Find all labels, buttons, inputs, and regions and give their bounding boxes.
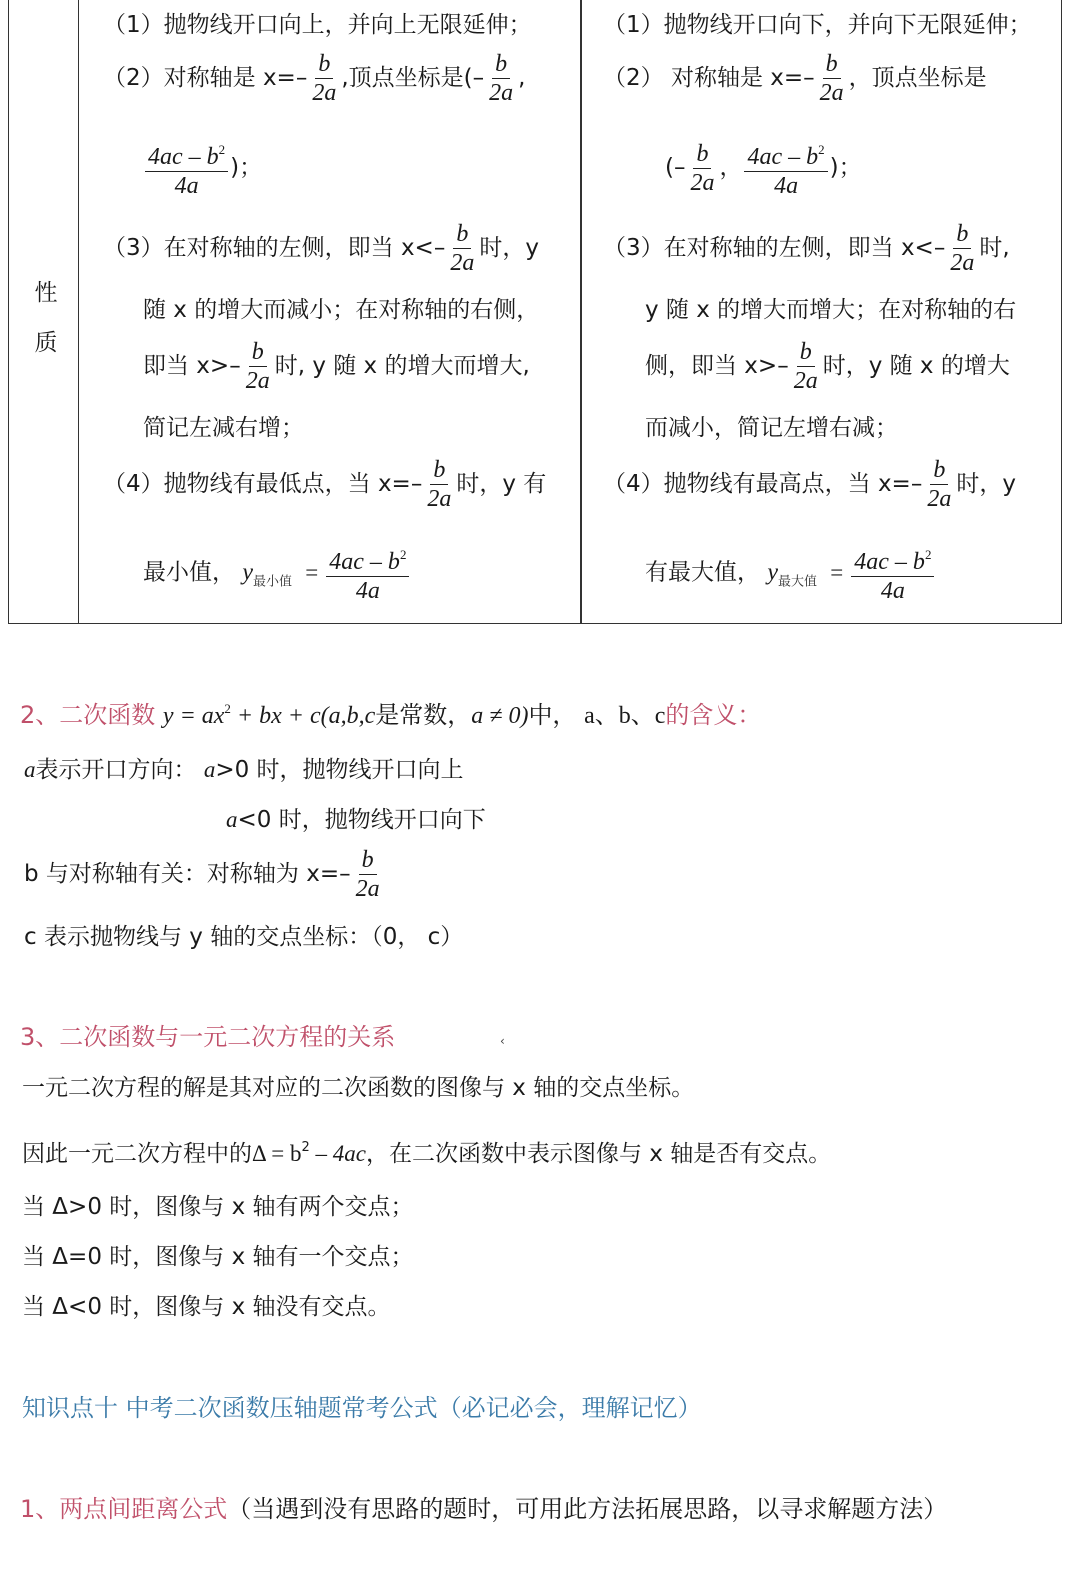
formula: y = ax [163, 703, 225, 729]
c-meaning-line: c 表示抛物线与 y 轴的交点坐标：（0， c） [24, 922, 463, 952]
numerator: b [359, 846, 377, 875]
up-item-1: （1）抛物线开口向上，并向上无限延伸； [103, 10, 532, 40]
section3-heading: 3、二次函数与一元二次方程的关系 [20, 1022, 395, 1052]
text: （4）抛物线有最低点，当 x=– [103, 471, 422, 497]
denominator: 2a [243, 367, 273, 395]
denominator: 2a [817, 79, 847, 107]
formula: + bx + c(a,b,c [231, 703, 375, 729]
text: ， [719, 155, 742, 181]
a-meaning-line2: a<0 时，抛物线开口向下 [226, 805, 486, 835]
heading-text: 2、二次函数 [20, 701, 155, 729]
up-item-4: （4）抛物线有最低点，当 x=–b2a时，y 有 [103, 456, 546, 513]
fraction-b-over-2a: b2a [243, 338, 273, 395]
fraction-vertex-y: 4ac – b24a [744, 136, 827, 200]
text: ，在二次函数中表示图像与 x 轴是否有交点。 [366, 1141, 831, 1167]
text: 时, [979, 235, 1009, 261]
row-label: 性 质 [33, 268, 59, 368]
formula-condition: a ≠ 0) [471, 703, 528, 729]
fraction-b-over-2a: b2a [447, 220, 477, 277]
text: )； [830, 155, 862, 181]
subscript: 最大值 [778, 575, 817, 590]
text: 因此一元二次方程中的 [22, 1141, 252, 1167]
section3-line1: 一元二次方程的解是其对应的二次函数的图像与 x 轴的交点坐标。 [22, 1073, 694, 1103]
var-a: a [204, 757, 216, 782]
fraction-b-over-2a: b2a [817, 50, 847, 107]
denominator: 4a [878, 577, 908, 605]
numerator: 4ac – b2 [326, 541, 409, 577]
down-item-3: （3）在对称轴的左侧，即当 x<–b2a时, [603, 220, 1010, 277]
text: （2）对称轴是 x=– [103, 65, 307, 91]
numerator: b [693, 140, 711, 169]
down-item-3-line3: 侧，即当 x>–b2a时，y 随 x 的增大 [645, 338, 1010, 395]
numerator: b [249, 338, 267, 367]
heading-text: 1、两点间距离公式 [20, 1495, 227, 1523]
denominator: 2a [791, 367, 821, 395]
fraction-b-over-2a: b2a [687, 140, 717, 197]
text: 中， [528, 701, 576, 729]
y-var: y [767, 560, 778, 586]
down-item-2: （2） 对称轴是 x=–b2a，顶点坐标是 [603, 50, 987, 107]
subscript: 最小值 [253, 575, 292, 590]
row-label-char: 质 [33, 318, 59, 368]
a-meaning-line1: a表示开口方向： a>0 时，抛物线开口向上 [24, 755, 464, 785]
fraction-b-over-2a: b2a [353, 846, 383, 903]
text: <0 时，抛物线开口向下 [238, 807, 486, 833]
superscript: 2 [925, 547, 932, 562]
stray-mark: ‹ [500, 1026, 505, 1056]
heading-note: （当遇到没有思路的题时，可用此方法拓展思路，以寻求解题方法） [227, 1495, 947, 1523]
text: 最小值， [143, 560, 235, 586]
equals: = [305, 560, 318, 585]
denominator: 2a [924, 485, 954, 513]
fraction-b-over-2a: b2a [486, 50, 516, 107]
text: （3）在对称轴的左侧，即当 x<– [603, 235, 945, 261]
discriminant-case: 当 Δ<0 时，图像与 x 轴没有交点。 [22, 1292, 391, 1322]
text: 4ac – b [854, 549, 925, 575]
numerator: 4ac – b2 [744, 136, 827, 172]
text: 即当 x>– [143, 353, 241, 379]
superscript: 2 [219, 142, 226, 157]
equals: = [830, 560, 843, 585]
text: 时，y [956, 471, 1016, 497]
denominator: 2a [687, 169, 717, 197]
var-a: a [226, 807, 238, 832]
text: , [518, 65, 525, 91]
superscript: 2 [818, 142, 825, 157]
text: 有最大值， [645, 560, 760, 586]
text: （4）抛物线有最高点，当 x=– [603, 471, 922, 497]
fraction-b-over-2a: b2a [791, 338, 821, 395]
text: )； [230, 155, 262, 181]
text: （2） 对称轴是 x=– [603, 65, 815, 91]
section2-heading: 2、二次函数 y = ax2 + bx + c(a,b,c是常数，a ≠ 0)中… [20, 694, 761, 731]
text: ，顶点坐标是 [849, 65, 987, 91]
superscript: 2 [400, 547, 407, 562]
numerator: 4ac – b2 [851, 541, 934, 577]
denominator: 2a [486, 79, 516, 107]
down-item-4: （4）抛物线有最高点，当 x=–b2a时，y [603, 456, 1016, 513]
b-meaning-line: b 与对称轴有关：对称轴为 x=–b2a [24, 846, 385, 903]
denominator: 4a [353, 577, 383, 605]
formula-text: 是常数， [375, 701, 471, 729]
properties-table: 性 质 （1）抛物线开口向上，并向上无限延伸； （2）对称轴是 x=–b2a,顶… [8, 0, 1062, 624]
text: (– [665, 155, 685, 181]
down-item-1: （1）抛物线开口向下，并向下无限延伸； [603, 10, 1032, 40]
numerator: b [797, 338, 815, 367]
discriminant-case: 当 Δ=0 时，图像与 x 轴有一个交点； [22, 1242, 414, 1272]
denominator: 4a [771, 172, 801, 200]
text: >0 时，抛物线开口向上 [215, 757, 463, 783]
numerator: b [823, 50, 841, 79]
text: 时, y 随 x 的增大而增大, [275, 353, 530, 379]
text: 表示开口方向： [36, 757, 197, 783]
down-vertex: (–b2a，4ac – b24a)； [665, 136, 862, 200]
fraction-b-over-2a: b2a [924, 456, 954, 513]
up-item-3-line3: 即当 x>–b2a时, y 随 x 的增大而增大, [143, 338, 530, 395]
up-item-3-line2: 随 x 的增大而减小；在对称轴的右侧， [143, 295, 539, 325]
down-max-value: 有最大值， y最大值 =4ac – b24a [645, 541, 936, 605]
text: （3）在对称轴的左侧，即当 x<– [103, 235, 445, 261]
denominator: 2a [447, 249, 477, 277]
fraction-vertex-y: 4ac – b24a [851, 541, 934, 605]
vars: a、b、c [584, 703, 665, 729]
denominator: 2a [424, 485, 454, 513]
text: 4ac – b [747, 144, 818, 170]
up-vertex-y: 4ac – b24a)； [143, 136, 262, 200]
numerator: b [315, 50, 333, 79]
down-item-3-line4: 而减小，简记左增右减； [645, 413, 898, 443]
discriminant-case: 当 Δ>0 时，图像与 x 轴有两个交点； [22, 1192, 414, 1222]
fraction-b-over-2a: b2a [947, 220, 977, 277]
row-label-cell: 性 质 [9, 0, 79, 623]
numerator: b [492, 50, 510, 79]
denominator: 4a [172, 172, 202, 200]
up-item-3-line4: 简记左减右增； [143, 413, 304, 443]
section3-line2: 因此一元二次方程中的Δ = b2 – 4ac，在二次函数中表示图像与 x 轴是否… [22, 1133, 831, 1169]
superscript: 2 [302, 1140, 310, 1155]
fraction-b-over-2a: b2a [424, 456, 454, 513]
y-var: y [242, 560, 253, 586]
heading-text: 的含义： [665, 701, 761, 729]
formula1-heading: 1、两点间距离公式（当遇到没有思路的题时，可用此方法拓展思路，以寻求解题方法） [20, 1494, 947, 1524]
numerator: b [930, 456, 948, 485]
up-item-3: （3）在对称轴的左侧，即当 x<–b2a时，y [103, 220, 539, 277]
down-item-3-line2: y 随 x 的增大而增大；在对称轴的右 [645, 295, 1016, 325]
text: 时，y [479, 235, 539, 261]
denominator: 2a [309, 79, 339, 107]
fraction-b-over-2a: b2a [309, 50, 339, 107]
numerator: 4ac – b2 [145, 136, 228, 172]
var-a: a [24, 757, 36, 782]
column-divider [580, 0, 582, 623]
denominator: 2a [353, 875, 383, 903]
text: 时，y 随 x 的增大 [823, 353, 1010, 379]
formula: Δ = b [252, 1141, 302, 1166]
text: 4ac – b [148, 144, 219, 170]
fraction-vertex-y: 4ac – b24a [326, 541, 409, 605]
numerator: b [953, 220, 971, 249]
numerator: b [430, 456, 448, 485]
fraction-vertex-y: 4ac – b24a [145, 136, 228, 200]
text: 侧，即当 x>– [645, 353, 789, 379]
row-label-char: 性 [33, 268, 59, 318]
denominator: 2a [947, 249, 977, 277]
knowledge10-heading: 知识点十 中考二次函数压轴题常考公式（必记必会，理解记忆） [22, 1393, 702, 1423]
formula: – 4ac [310, 1141, 366, 1166]
up-min-value: 最小值， y最小值 =4ac – b24a [143, 541, 411, 605]
text: ,顶点坐标是(– [341, 65, 484, 91]
text: 时，y 有 [456, 471, 546, 497]
up-item-2: （2）对称轴是 x=–b2a,顶点坐标是(–b2a, [103, 50, 525, 107]
text: b 与对称轴有关：对称轴为 x=– [24, 861, 351, 887]
numerator: b [453, 220, 471, 249]
text: 4ac – b [329, 549, 400, 575]
